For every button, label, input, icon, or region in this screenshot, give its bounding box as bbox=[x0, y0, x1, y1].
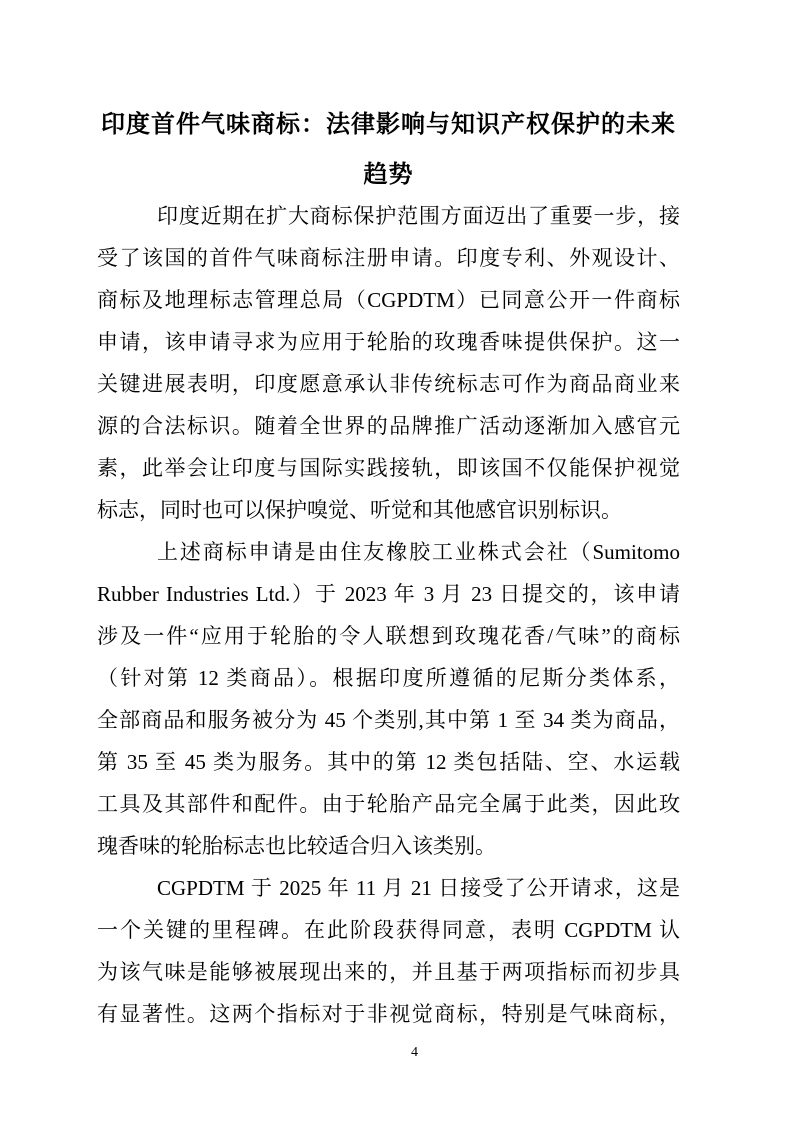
paragraph: CGPDTM 于 2025 年 11 月 21 日接受了公开请求，这是一个关键的… bbox=[97, 867, 680, 1035]
paragraph-line: 第 35 至 45 类为服务。其中的第 12 类包括陆、空、水运载 bbox=[97, 741, 680, 783]
paragraph-line: 为该气味是能够被展现出来的，并且基于两项指标而初步具 bbox=[97, 951, 680, 993]
page-number: 4 bbox=[411, 1045, 418, 1060]
paragraph-line: CGPDTM 于 2025 年 11 月 21 日接受了公开请求，这是 bbox=[97, 867, 680, 909]
paragraph-line: 关键进展表明，印度愿意承认非传统标志可作为商品商业来 bbox=[97, 363, 680, 405]
paragraph-line: 素，此举会让印度与国际实践接轨，即该国不仅能保护视觉 bbox=[97, 447, 680, 489]
paragraph-line: 源的合法标识。随着全世界的品牌推广活动逐渐加入感官元 bbox=[97, 405, 680, 447]
paragraph-line: 一个关键的里程碑。在此阶段获得同意，表明 CGPDTM 认 bbox=[97, 909, 680, 951]
paragraph-line: 涉及一件“应用于轮胎的令人联想到玫瑰花香/气味”的商标 bbox=[97, 615, 680, 657]
paragraph-line: 申请，该申请寻求为应用于轮胎的玫瑰香味提供保护。这一 bbox=[97, 321, 680, 363]
paragraph-line: （针对第 12 类商品）。根据印度所遵循的尼斯分类体系， bbox=[97, 657, 680, 699]
page-number-footer: 4 bbox=[0, 1043, 793, 1061]
page-content: 印度首件气味商标：法律影响与知识产权保护的未来 趋势 印度近期在扩大商标保护范围… bbox=[97, 100, 680, 1035]
paragraph: 印度近期在扩大商标保护范围方面迈出了重要一步，接受了该国的首件气味商标注册申请。… bbox=[97, 195, 680, 531]
paragraph-line: 瑰香味的轮胎标志也比较适合归入该类别。 bbox=[97, 825, 680, 867]
paragraph-line: 标志，同时也可以保护嗅觉、听觉和其他感官识别标识。 bbox=[97, 489, 680, 531]
paragraph-line: 商标及地理标志管理总局（CGPDTM）已同意公开一件商标 bbox=[97, 279, 680, 321]
paragraph-line: 工具及其部件和配件。由于轮胎产品完全属于此类，因此玫 bbox=[97, 783, 680, 825]
paragraph-line: 全部商品和服务被分为 45 个类别,其中第 1 至 34 类为商品， bbox=[97, 699, 680, 741]
document-page: 印度首件气味商标：法律影响与知识产权保护的未来 趋势 印度近期在扩大商标保护范围… bbox=[0, 0, 793, 1122]
paragraph-line: 有显著性。这两个指标对于非视觉商标，特别是气味商标， bbox=[97, 993, 680, 1035]
document-body: 印度近期在扩大商标保护范围方面迈出了重要一步，接受了该国的首件气味商标注册申请。… bbox=[97, 195, 680, 1035]
paragraph-line: 印度近期在扩大商标保护范围方面迈出了重要一步，接 bbox=[97, 195, 680, 237]
page-title: 印度首件气味商标：法律影响与知识产权保护的未来 趋势 bbox=[97, 100, 680, 200]
title-line-2: 趋势 bbox=[97, 150, 680, 200]
paragraph-line: 上述商标申请是由住友橡胶工业株式会社（Sumitomo bbox=[97, 531, 680, 573]
paragraph: 上述商标申请是由住友橡胶工业株式会社（SumitomoRubber Indust… bbox=[97, 531, 680, 867]
paragraph-line: 受了该国的首件气味商标注册申请。印度专利、外观设计、 bbox=[97, 237, 680, 279]
paragraph-line: Rubber Industries Ltd.）于 2023 年 3 月 23 日… bbox=[97, 573, 680, 615]
title-line-1: 印度首件气味商标：法律影响与知识产权保护的未来 bbox=[97, 100, 680, 150]
